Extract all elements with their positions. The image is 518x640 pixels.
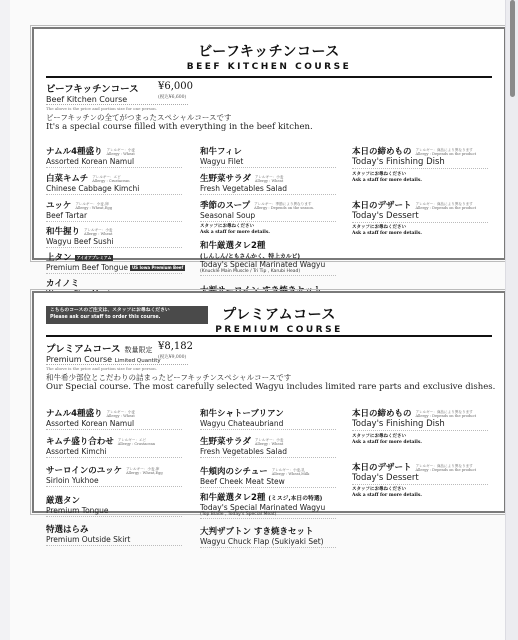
- menu-item: 生野菜サラダアレルギー：小麦Allergy : Wheat Fresh Vege…: [200, 172, 336, 195]
- item-name-en: Assorted Kimchi: [46, 447, 182, 456]
- allergy-info: アレルギー：商品により異なりますAllergy : Depends on the…: [416, 148, 477, 156]
- brand-badge-en: US Iowa Premium Beef: [130, 265, 185, 271]
- title-jp: プレミアムコース: [214, 304, 344, 324]
- limited-quantity-jp: 数量限定: [124, 346, 152, 354]
- card-title: ビーフキッチンコース BEEF KITCHEN COURSE: [34, 41, 504, 72]
- per-person-note: The above is the price and portion size …: [46, 106, 157, 111]
- item-name-en: Premium Outside Skirt: [46, 535, 182, 544]
- item-name-jp: サーロインのユッケ: [46, 466, 122, 476]
- course-price-tax: (税込¥6,600): [158, 94, 186, 100]
- course-price-tax: (税込¥9,000): [158, 354, 186, 360]
- header-dotted-line: [46, 364, 188, 365]
- item-name-jp: 生野菜サラダ: [200, 437, 251, 447]
- menu-item: キムチ盛り合わせアレルギー：エビAllergy : Crustacean Ass…: [46, 435, 182, 458]
- item-name-en: Wagyu Filet: [200, 157, 336, 166]
- menu-item: 生野菜サラダアレルギー：小麦Allergy : Wheat Fresh Vege…: [200, 435, 336, 458]
- item-name-jp: 和牛握り: [46, 227, 80, 237]
- item-name-en: Sirloin Yukhoe: [46, 476, 182, 485]
- allergy-info: アレルギー：小麦,卵Allergy : Wheat,Egg: [126, 467, 163, 475]
- item-name-en: Today's Special Marinated Wagyu: [200, 260, 336, 269]
- item-name-en: Premium Beef Tongue: [46, 263, 128, 272]
- item-name-en: Today's Dessert: [352, 211, 488, 221]
- course-name-en: Premium Course: [46, 355, 112, 364]
- item-name-jp: 本日のデザート: [352, 201, 412, 211]
- item-note: (Knuckle Main Muscle / Tri Tip , Karubi …: [200, 269, 336, 274]
- menu-item: 本日のデザートアレルギー：商品により異なりますAllergy : Depends…: [352, 199, 488, 223]
- title-divider: [46, 76, 492, 78]
- allergy-info: アレルギー：小麦,卵Allergy : Wheat,Egg: [75, 202, 112, 210]
- menu-item: 本日の締めものアレルギー：商品により異なりますAllergy : Depends…: [352, 407, 488, 431]
- menu-item: 牛頬肉のシチューアレルギー：小麦,乳Allergy : Wheat,Milk B…: [200, 465, 336, 488]
- allergy-info: アレルギー：小麦Allergy : Wheat: [255, 438, 284, 446]
- ask-staff-note: スタッフにお尋ねください Ask a staff for more detail…: [352, 434, 422, 446]
- item-name-jp: 和牛厳選タレ2種: [200, 493, 265, 503]
- menu-item: 上タンアイオアプレミアム Premium Beef TongueUS Iowa …: [46, 251, 182, 274]
- course-header: ビーフキッチンコース Beef Kitchen Course ¥6,000 (税…: [46, 81, 196, 103]
- title-divider: [46, 335, 492, 337]
- menu-item: 和牛シャトーブリアン Wagyu Chateaubriand: [200, 407, 336, 430]
- item-name-jp: キムチ盛り合わせ: [46, 437, 114, 447]
- item-note: (Top Blade , Today's Special Meat): [200, 512, 336, 517]
- allergy-info: アレルギー：小麦Allergy : Wheat: [107, 148, 136, 156]
- item-name-jp: ユッケ: [46, 201, 71, 211]
- menu-item: 白菜キムチアレルギー：エビAllergy : Crustacean Chines…: [46, 172, 182, 195]
- ask-staff-note: スタッフにお尋ねください Ask a staff for more detail…: [352, 172, 422, 184]
- item-name-en: Wagyu Chateaubriand: [200, 419, 336, 428]
- premium-course-card: こちらのコースのご注文は、スタッフにお尋ねください Please ask our…: [32, 291, 506, 513]
- title-en: BEEF KITCHEN COURSE: [34, 62, 504, 72]
- menu-item: 厳選タン Premium Tongue: [46, 494, 182, 517]
- item-name-en: Today's Special Marinated Wagyu: [200, 503, 336, 512]
- header-dotted-line: [46, 104, 188, 105]
- item-name-en: Today's Finishing Dish: [352, 157, 488, 167]
- item-sub-jp: (しんしん/ともさんかく、特上カルビ): [200, 251, 336, 260]
- item-name-jp: 牛頬肉のシチュー: [200, 467, 268, 477]
- order-notice-banner: こちらのコースのご注文は、スタッフにお尋ねください Please ask our…: [46, 306, 208, 324]
- ask-staff-note: スタッフにお尋ねください Ask a staff for more detail…: [352, 225, 422, 237]
- menu-item: サーロインのユッケアレルギー：小麦,卵Allergy : Wheat,Egg S…: [46, 464, 182, 487]
- beef-kitchen-course-card: ビーフキッチンコース BEEF KITCHEN COURSE ビーフキッチンコー…: [32, 27, 506, 260]
- course-name-jp: プレミアムコース: [46, 344, 120, 355]
- scrollbar-thumb[interactable]: [510, 0, 515, 97]
- course-price: ¥8,182: [158, 341, 193, 352]
- allergy-info: アレルギー：エビAllergy : Crustacean: [92, 175, 129, 183]
- item-name-jp: 厳選タン: [46, 496, 80, 506]
- item-name-en: Beef Tartar: [46, 211, 182, 220]
- menu-item: 大判ザブトン すき焼きセット Wagyu Chuck Flap (Sukiyak…: [200, 525, 336, 548]
- allergy-info: アレルギー：小麦Allergy : Wheat: [255, 175, 284, 183]
- allergy-info: アレルギー：商品により異なりますAllergy : Depends on the…: [416, 464, 477, 472]
- item-name-en: Wagyu Beef Sushi: [46, 237, 182, 246]
- course-price: ¥6,000: [158, 81, 193, 92]
- allergy-info: アレルギー：エビAllergy : Crustacean: [118, 438, 155, 446]
- menu-item: 本日のデザートアレルギー：商品により異なりますAllergy : Depends…: [352, 461, 488, 485]
- item-name-en: Fresh Vegetables Salad: [200, 447, 336, 456]
- menu-page: ビーフキッチンコース BEEF KITCHEN COURSE ビーフキッチンコー…: [10, 0, 506, 640]
- menu-item: ナムル4種盛りアレルギー：小麦Allergy : Wheat Assorted …: [46, 407, 182, 430]
- item-name-jp: 和牛厳選タレ2種: [200, 241, 265, 251]
- item-name-jp: カイノミ: [46, 279, 79, 289]
- item-name-en: Premium Tongue: [46, 506, 182, 515]
- item-name-en: Today's Dessert: [352, 473, 488, 483]
- item-name-jp: 白菜キムチ: [46, 174, 88, 184]
- item-name-jp: 本日のデザート: [352, 463, 412, 473]
- allergy-info: アレルギー：季節により異なりますAllergy : Depends on the…: [254, 202, 314, 210]
- item-name-jp: ナムル4種盛り: [46, 409, 103, 419]
- item-name-jp: ナムル4種盛り: [46, 147, 103, 157]
- vertical-scrollbar[interactable]: [505, 0, 518, 640]
- item-name-jp: 和牛フィレ: [200, 147, 242, 157]
- card-title: プレミアムコース PREMIUM COURSE: [214, 304, 344, 335]
- menu-item: 和牛厳選タレ2種 (しんしん/ともさんかく、特上カルビ) Today's Spe…: [200, 239, 336, 276]
- menu-item: 特選はらみ Premium Outside Skirt: [46, 523, 182, 546]
- title-en: PREMIUM COURSE: [214, 325, 344, 335]
- item-name-en: Assorted Korean Namul: [46, 419, 182, 428]
- description-en: It's a special course filled with everyt…: [46, 122, 313, 132]
- menu-item: 和牛フィレ Wagyu Filet: [200, 145, 336, 168]
- item-name-jp: 生野菜サラダ: [200, 174, 251, 184]
- item-name-en: Today's Finishing Dish: [352, 419, 488, 429]
- allergy-info: アレルギー：商品により異なりますAllergy : Depends on the…: [416, 410, 477, 418]
- item-name-jp: 本日の締めもの: [352, 147, 412, 157]
- item-name-jp: 季節のスープ: [200, 201, 250, 211]
- menu-item: 和牛握りアレルギー：小麦Allergy : Wheat Wagyu Beef S…: [46, 225, 182, 248]
- item-name-en: Beef Cheek Meat Stew: [200, 477, 336, 486]
- item-sub-jp: (ミスジ,本日の特選): [268, 496, 322, 502]
- allergy-info: アレルギー：商品により異なりますAllergy : Depends on the…: [416, 202, 477, 210]
- item-name-en: Seasonal Soup: [200, 211, 336, 220]
- item-name-en: Assorted Korean Namul: [46, 157, 182, 166]
- item-name-jp: 上タン: [46, 253, 72, 263]
- allergy-info: アレルギー：小麦,乳Allergy : Wheat,Milk: [272, 468, 310, 476]
- menu-item: 和牛厳選タレ2種 (ミスジ,本日の特選) Today's Special Mar…: [200, 491, 336, 519]
- course-header: プレミアムコース数量限定 Premium Course Limited Quan…: [46, 341, 196, 363]
- item-name-jp: 本日の締めもの: [352, 409, 412, 419]
- menu-item: 季節のスープアレルギー：季節により異なりますAllergy : Depends …: [200, 199, 336, 222]
- ask-staff-note: スタッフにお尋ねください Ask a staff for more detail…: [352, 487, 422, 499]
- title-jp: ビーフキッチンコース: [34, 41, 504, 61]
- menu-item: 本日の締めものアレルギー：商品により異なりますAllergy : Depends…: [352, 145, 488, 169]
- menu-item: ナムル4種盛りアレルギー：小麦Allergy : Wheat Assorted …: [46, 145, 182, 168]
- menu-item: ユッケアレルギー：小麦,卵Allergy : Wheat,Egg Beef Ta…: [46, 199, 182, 222]
- item-name-en: Chinese Cabbage Kimchi: [46, 184, 182, 193]
- per-person-note: The above is the price and portion size …: [46, 366, 157, 371]
- item-name-jp: 和牛シャトーブリアン: [200, 409, 284, 419]
- description-en: Our Special course. The most carefully s…: [46, 382, 495, 392]
- item-name-en: Fresh Vegetables Salad: [200, 184, 336, 193]
- allergy-info: アレルギー：小麦Allergy : Wheat: [84, 228, 113, 236]
- item-name-jp: 特選はらみ: [46, 525, 89, 535]
- allergy-info: アレルギー：小麦Allergy : Wheat: [107, 410, 136, 418]
- item-name-jp: 大判ザブトン すき焼きセット: [200, 527, 313, 537]
- item-name-en: Wagyu Chuck Flap (Sukiyaki Set): [200, 537, 336, 546]
- brand-badge-jp: アイオアプレミアム: [75, 255, 114, 261]
- ask-staff-note: スタッフにお尋ねください Ask a staff for more detail…: [200, 224, 270, 236]
